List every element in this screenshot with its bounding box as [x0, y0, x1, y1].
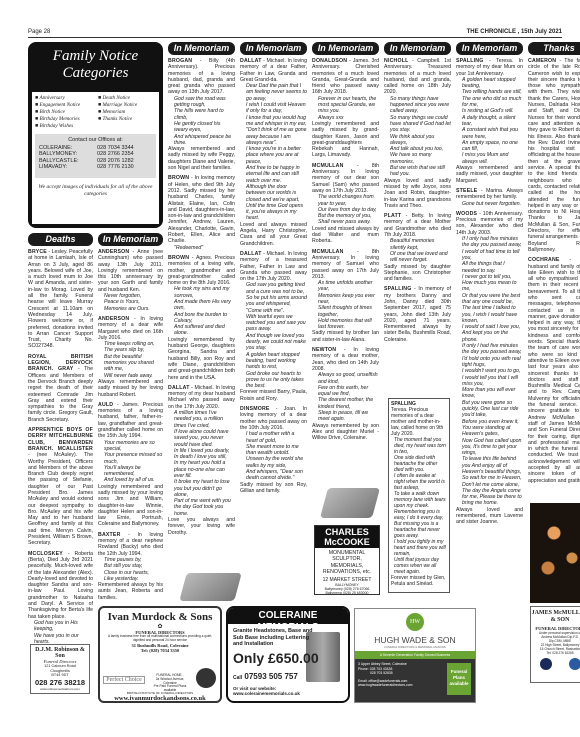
murdock-website-link[interactable]: www.ivanmurdockandsons.co.uk [100, 695, 220, 702]
category-item: Marriage Notice [98, 102, 137, 109]
notice: DINSMORE - Joan. In loving memory of a d… [240, 406, 307, 494]
categories-list: Anniversary Engagement Notice Birth Noti… [32, 92, 159, 224]
notice: DALLAT - Michael. In loving memory of a … [240, 58, 307, 247]
crest-icon [196, 668, 216, 688]
notice: BROWN - In loving memory of Helen, who d… [168, 175, 235, 251]
bible-image [320, 488, 380, 518]
notice: DALLAT - Michael. In loving memory of my… [168, 385, 235, 536]
section-header-memoriam: In Memoriam [456, 42, 523, 55]
section-header-memoriam: In Memoriam [240, 42, 307, 55]
robinson-phone: 028 276 38218 [31, 678, 89, 687]
notice: NICHOLL - Campbell. 1st Anniversary. Tre… [384, 58, 451, 209]
notice: SPALLING - In memory of my brothers Dann… [384, 286, 451, 343]
notice: NEWTON - In loving memory of a dear moth… [312, 347, 379, 441]
contact-title: Contact our Offices at: [39, 137, 152, 144]
notice: APPRENTICE BOYS OF DERRY MITCHELBURNE CL… [28, 427, 93, 547]
crest-icon [540, 658, 552, 670]
office-row: LIMAVADY:028 7776 2130 [39, 164, 152, 171]
notice: ROYAL BRITISH LEGION, DERVOCK BRANCH. GR… [28, 354, 93, 423]
categories-box: Family Notice Categories Anniversary Eng… [28, 42, 163, 228]
notice: MCMULLAN - 8th Anniversary. In loving me… [312, 249, 379, 343]
category-item: Birthday Memories [35, 116, 80, 123]
thanks-column: Thanks CAMERON - The family circle of th… [528, 42, 580, 522]
category-item: Memoriam [98, 109, 137, 116]
section-header-thanks: Thanks [528, 42, 580, 55]
category-item: Thanks Notice [98, 116, 137, 123]
notice: WOODS - 10th Anniversary. Precious memor… [456, 211, 523, 526]
memoriam-column-7: In Memoriam SPALLING - Teresa. In memory… [456, 42, 523, 602]
section-header-memoriam: In Memoriam [98, 233, 163, 246]
notice: DALLAT - Michael. In loving memory of a … [240, 251, 307, 402]
ad-hugh-wade[interactable]: HW HUGH WADE & SON FUNERAL DIRECTORS & M… [354, 608, 476, 703]
page-header: Page 28 THE CHRONICLE , 15th July 2021 [28, 28, 562, 38]
memoriam-column-5: In Memoriam DONALDSON - James. 3rd Anniv… [312, 42, 379, 482]
notice: DONALDSON - James. 3rd Anniversary. Cher… [312, 58, 379, 159]
bible-image [179, 573, 242, 601]
categories-title: Family Notice Categories [28, 42, 163, 82]
ad-coleraine-memorials[interactable]: COLERAINE MEMORIALS Granite Headstones, … [226, 606, 350, 703]
categories-right: Death Notice Marriage Notice Memoriam Th… [98, 95, 137, 123]
coleraine-website-link[interactable]: www.colerainememorials.co.uk [233, 691, 300, 696]
memoriam-column-2: In Memoriam ANDERSON - Anne (nee Cunning… [98, 233, 163, 605]
notice: BAXTER - In loving memory of a dear neph… [98, 532, 163, 601]
candle-image [530, 503, 580, 603]
notice: BRYCE - Lesley. Peacefully at home in La… [28, 249, 93, 350]
notice: MCCLOSKEY - Roberta (Berta), Died July 3… [28, 551, 93, 645]
memoriam-column-4: In Memoriam DALLAT - Michael. In loving … [240, 42, 307, 587]
notice: STEELE - Marina. Always remembered by he… [456, 188, 523, 207]
funeral-plans-badge: Funeral Plans available [447, 663, 471, 695]
notice: MCMULLAN - 8th Anniversary. In loving me… [312, 163, 379, 245]
section-header-memoriam: In Memoriam [384, 42, 451, 55]
category-item: Birth Notice [35, 109, 80, 116]
deaths-column: Deaths BRYCE - Lesley. Peacefully at hom… [28, 233, 93, 649]
ad-robinson[interactable]: D.J.M. Robinson & Son Funeral Directors … [30, 644, 90, 694]
section-header-memoriam: In Memoriam [168, 42, 235, 55]
ad-ivan-murdock[interactable]: Ivan Murdock & Sons ✿ FUNERAL DIRECTORS … [98, 606, 222, 703]
categories-left: Anniversary Engagement Notice Birth Noti… [35, 95, 80, 130]
category-item: Anniversary [35, 95, 80, 102]
category-item: Birthday Wishes [35, 123, 80, 130]
category-item: Death Notice [98, 95, 137, 102]
notice: BROGAN - Billy (4th Anniversary). Precio… [168, 58, 235, 171]
page-number: Page 28 [28, 29, 50, 35]
newspaper-page: Page 28 THE CHRONICLE , 15th July 2021 F… [28, 28, 562, 708]
memoriam-column-6: In Memoriam NICHOLL - Campbell. 1st Anni… [384, 42, 451, 402]
notice: ANDERSON - Anne (nee Cunningham) who pas… [98, 249, 163, 312]
spalling-box: SPALLINGTeresa. Precious memories of a d… [388, 398, 450, 593]
notice: PLATT - Betty. In loving memory of a dea… [384, 213, 451, 282]
accept-note: We accept images of individuals for all … [32, 184, 159, 197]
category-item: Engagement Notice [35, 102, 80, 109]
nafd-icon [569, 658, 580, 670]
ad-james-mcmullan[interactable]: JAMES McMULLAN & SON FUNERAL DIRECTORS U… [530, 606, 580, 683]
notice: BROWN - Agnes. Precious memories of a lo… [168, 255, 235, 381]
notice: SPALLING - Teresa. In memory of my dear … [456, 58, 523, 184]
notice: AULD - James. Precious memories of a lov… [98, 402, 163, 528]
contact-offices: Contact our Offices at: COLERAINE:028 70… [35, 134, 156, 178]
notice: ANDERSON - In loving memory of a dear wi… [98, 316, 163, 398]
ad-mccooke[interactable]: CHARLES McCOOKE MONUMENTAL SCULPTOR,MEMO… [314, 525, 380, 595]
price-text: Only £650.00 [233, 650, 319, 666]
section-header-memoriam: In Memoriam [312, 42, 379, 55]
notice: CAMERON - The family circle of the late … [528, 58, 580, 253]
notice: COCHRANE - The husband and family of the… [528, 257, 580, 484]
publication-title: THE CHRONICLE , 15th July 2021 [467, 29, 562, 35]
section-header-deaths: Deaths [28, 233, 93, 246]
hw-logo: HW [406, 613, 424, 631]
memoriam-column-3: In Memoriam BROGAN - Billy (4th Annivers… [168, 42, 235, 572]
